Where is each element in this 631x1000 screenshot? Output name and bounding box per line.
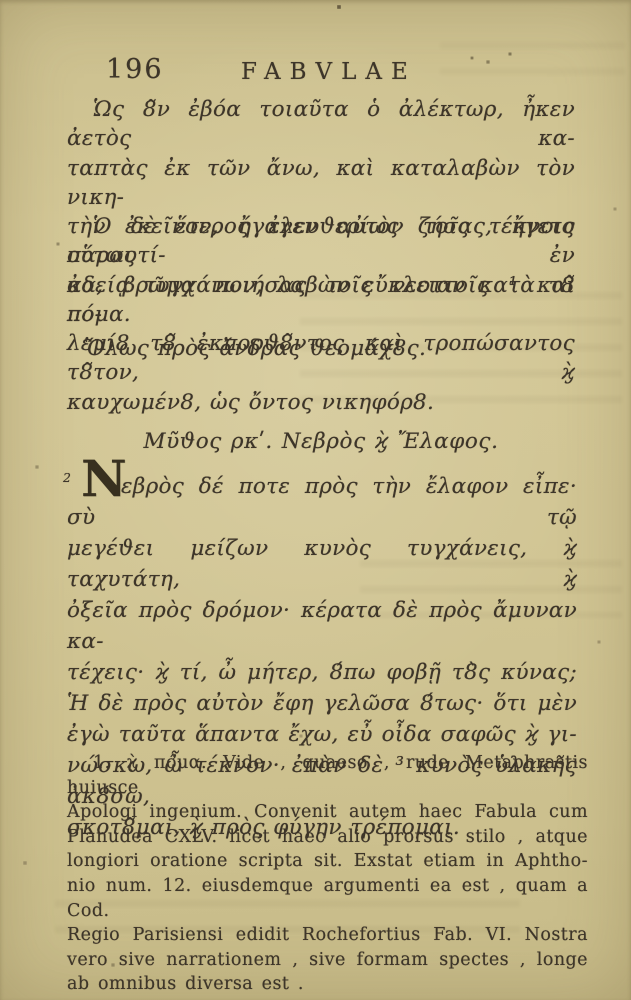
running-head: FABVLAE (241, 59, 417, 85)
footnote-text: 1. ϗ̀ πόμα. Vide , quaeso , rude Metaphr… (67, 751, 588, 997)
text-line: καυχωμέν8, ὡς ὄντος νικηφόρ8. (67, 388, 575, 417)
text-line: Ὡς 8̃ν ἐβόα τοιαῦτα ὁ ἀλέκτωρ, ἦκεν ἀετὸ… (67, 95, 575, 154)
show-through-smudge (440, 42, 625, 82)
previous-fable-moral: Ὅλως πρὸς ἄνδρας ϑεομάχ8ς. (84, 334, 426, 363)
text-line: vero sive narrationem , sive formam spec… (67, 948, 588, 973)
text-line: ab omnibus diversa est . (67, 972, 588, 997)
text-line: 1. ϗ̀ πόμα. Vide , quaeso , rude Metaphr… (67, 751, 588, 800)
page-number: 196 (106, 54, 164, 85)
text-line: ἀδείᾳ τυγχάνων, λαβὼν εὔκλειαν κατὰ τ8̃ … (67, 271, 575, 330)
paper-specks (0, 0, 2, 2)
text-line: μεγέϑει μείζων κυνὸς τυγχάνεις, ϗ̀ ταχυτ… (67, 533, 577, 595)
text-line: Ἡ δὲ πρὸς αὐτὸν ἔφη γελῶσα 8́τως· ὅτι μὲ… (67, 688, 577, 719)
text-line: Apologi ingenium. Convenit autem haec Fa… (67, 800, 588, 825)
text-line: εβρὸς δέ ποτε πρὸς τὴν ἔλαφον εἶπε· σὺ τ… (67, 471, 577, 533)
book-page: 196 FABVLAE Ὡς 8̃ν ἐβόα τοιαῦτα ὁ ἀλέκτω… (0, 0, 631, 1000)
text-line: Planudea CXLV. licet haec alio prorsus s… (67, 825, 588, 850)
fable-heading: Μῦϑος ρκʹ. Νεβρὸς ϗ̀ Ἔλαφος. (67, 427, 575, 456)
text-line: Ὁ δὲ ἕτερος ἐλευϑερίως ζήσας, ἤγετο οὕτω… (67, 212, 575, 271)
text-line: longiori oratione scripta sit. Exstat et… (67, 849, 588, 874)
text-line: ὀξεῖα πρὸς δρόμον· κέρατα δὲ πρὸς ἄμυναν… (67, 595, 577, 657)
text-line: ἐγὼ ταῦτα ἅπαντα ἔχω, εὖ οἶδα σαφῶς ϗ̀ γ… (67, 719, 577, 750)
previous-fable-paragraph-2: Ὁ δὲ ἕτερος ἐλευϑερίως ζήσας, ἤγετο οὕτω… (67, 212, 575, 417)
text-line: ταπτὰς ἐκ τῶν ἄνω, καὶ καταλαβὼν τὸν νικ… (67, 154, 575, 213)
text-line: nio num. 12. eiusdemque argumenti ea est… (67, 874, 588, 923)
text-line: τέχεις· ϗ̀ τί, ὦ μήτερ, 8́πω φοβῇ τ8̀ς κ… (67, 657, 577, 688)
text-line: Regio Parisiensi edidit Rochefortius Fab… (67, 923, 588, 948)
